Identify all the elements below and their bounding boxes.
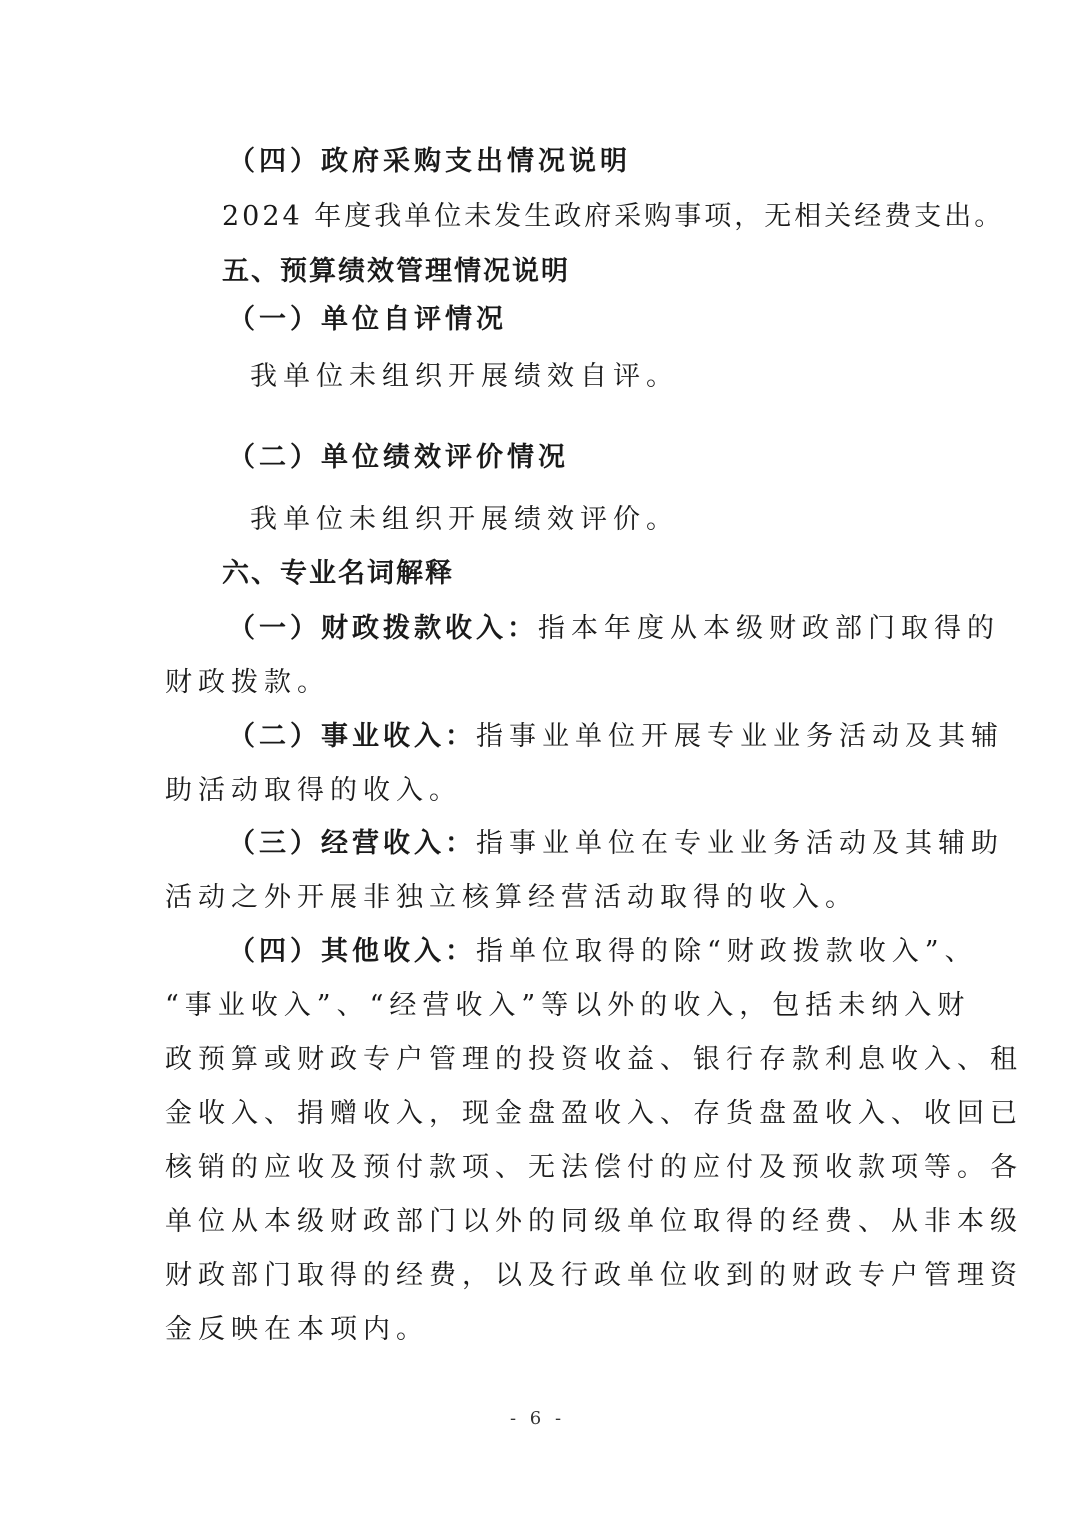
term-label: （二）事业收入： [228, 721, 476, 752]
heading-self-evaluation: （一）单位自评情况 [228, 303, 507, 337]
term-text: 指单位取得的除“财政拨款收入”、 [476, 936, 978, 967]
term-business-income: （二）事业收入：指事业单位开展专业业务活动及其辅 [228, 720, 1004, 754]
term-text: 指事业单位开展专业业务活动及其辅 [476, 721, 1004, 752]
term-text-continued: 财政拨款。 [165, 666, 330, 700]
term-fiscal-appropriation: （一）财政拨款收入：指本年度从本级财政部门取得的 [228, 612, 1000, 646]
page-number: - 6 - [0, 1408, 1075, 1429]
term-label: （四）其他收入： [228, 936, 476, 967]
term-text-continued: 政预算或财政专户管理的投资收益、银行存款利息收入、租 [165, 1043, 1023, 1077]
heading-performance-evaluation: （二）单位绩效评价情况 [228, 441, 569, 475]
paragraph-self-evaluation: 我单位未组织开展绩效自评。 [250, 360, 679, 394]
term-other-income: （四）其他收入：指单位取得的除“财政拨款收入”、 [228, 935, 978, 969]
term-text-continued: 助活动取得的收入。 [165, 774, 462, 808]
term-text-continued: 活动之外开展非独立核算经营活动取得的收入。 [165, 881, 858, 915]
term-text-continued: “事业收入”、“经营收入”等以外的收入，包括未纳入财 [165, 989, 970, 1023]
term-text-continued: 金收入、捐赠收入，现金盘盈收入、存货盘盈收入、收回已 [165, 1097, 1023, 1131]
term-text-continued: 单位从本级财政部门以外的同级单位取得的经费、从非本级 [165, 1205, 1023, 1239]
term-operating-income: （三）经营收入：指事业单位在专业业务活动及其辅助 [228, 827, 1004, 861]
term-label: （三）经营收入： [228, 828, 476, 859]
term-text: 指事业单位在专业业务活动及其辅助 [476, 828, 1004, 859]
paragraph-gov-procurement: 2024 年度我单位未发生政府采购事项，无相关经费支出。 [222, 200, 1004, 234]
paragraph-performance-evaluation: 我单位未组织开展绩效评价。 [250, 503, 679, 537]
term-text-continued: 金反映在本项内。 [165, 1313, 429, 1347]
heading-gov-procurement: （四）政府采购支出情况说明 [228, 145, 631, 179]
term-text-continued: 财政部门取得的经费，以及行政单位收到的财政专户管理资 [165, 1259, 1023, 1293]
term-text-continued: 核销的应收及预付款项、无法偿付的应付及预收款项等。各 [165, 1151, 1023, 1185]
heading-performance-management: 五、预算绩效管理情况说明 [222, 255, 570, 289]
heading-terminology: 六、专业名词解释 [222, 557, 454, 591]
term-label: （一）财政拨款收入： [228, 613, 538, 644]
term-text: 指本年度从本级财政部门取得的 [538, 613, 1000, 644]
